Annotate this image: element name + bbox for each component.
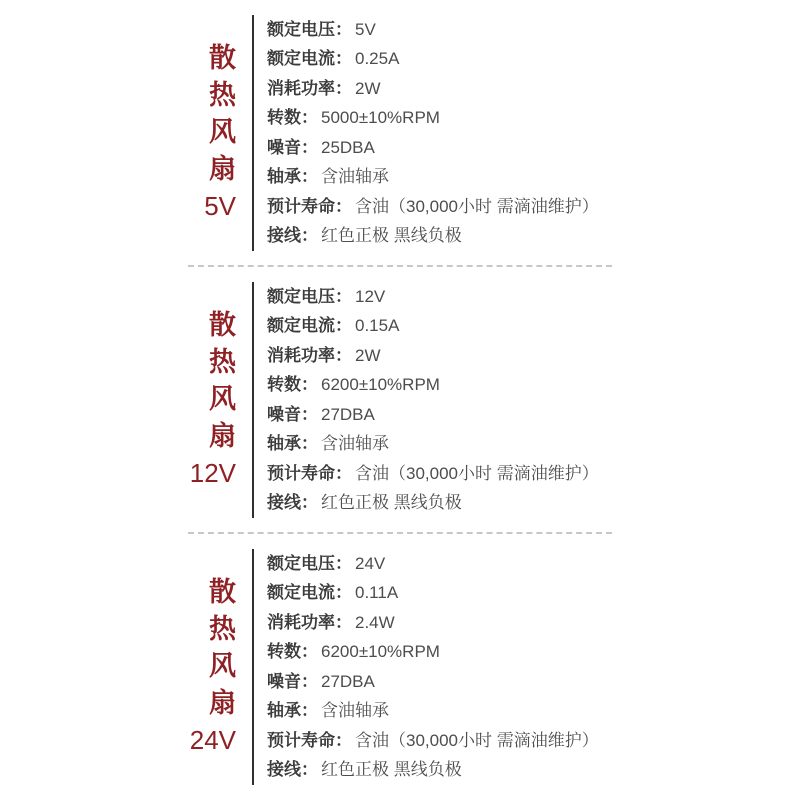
spec-label: 预计寿命： [267, 731, 352, 750]
spec-row: 预计寿命：含油（30,000小时 需滴油维护） [267, 459, 599, 489]
spec-label: 消耗功率： [267, 79, 352, 98]
spec-row: 额定电流：0.11A [267, 578, 599, 608]
spec-row: 转数：6200±10%RPM [267, 637, 599, 667]
spec-row: 噪音：27DBA [267, 400, 599, 430]
label-char: 风 [209, 381, 236, 418]
spec-value: 含油（30,000小时 需滴油维护） [355, 197, 599, 216]
spec-value: 27DBA [321, 405, 375, 424]
spec-row: 消耗功率：2W [267, 341, 599, 371]
spec-value: 6200±10%RPM [321, 375, 440, 394]
spec-list-24v: 额定电压：24V 额定电流：0.11A 消耗功率：2.4W 转数：6200±10… [252, 549, 599, 785]
label-char: 热 [209, 344, 236, 381]
spec-row: 消耗功率：2.4W [267, 608, 599, 638]
spec-label: 额定电压： [267, 20, 352, 39]
spec-value: 24V [355, 554, 385, 573]
spec-value: 0.25A [355, 49, 399, 68]
spec-row: 轴承：含油轴承 [267, 162, 599, 192]
spec-value: 5V [355, 20, 376, 39]
spec-value: 0.11A [355, 583, 398, 602]
spec-row: 轴承：含油轴承 [267, 696, 599, 726]
spec-label: 预计寿命： [267, 464, 352, 483]
spec-row: 接线：红色正极 黑线负极 [267, 755, 599, 785]
spec-list-12v: 额定电压：12V 额定电流：0.15A 消耗功率：2W 转数：6200±10%R… [252, 282, 599, 518]
spec-section-24v: 散 热 风 扇 24V 额定电压：24V 额定电流：0.11A 消耗功率：2.4… [0, 534, 800, 799]
spec-row: 额定电流：0.25A [267, 44, 599, 74]
spec-row: 额定电流：0.15A [267, 311, 599, 341]
spec-row: 接线：红色正极 黑线负极 [267, 221, 599, 251]
spec-label: 额定电压： [267, 287, 352, 306]
spec-label: 噪音： [267, 138, 318, 157]
label-char: 散 [209, 307, 236, 344]
label-char: 扇 [209, 418, 236, 455]
spec-label: 轴承： [267, 434, 318, 453]
spec-label: 额定电流： [267, 316, 352, 335]
spec-value: 红色正极 黑线负极 [321, 493, 462, 512]
spec-value: 含油轴承 [321, 701, 389, 720]
label-char: 散 [209, 40, 236, 77]
spec-label: 转数： [267, 642, 318, 661]
spec-label: 轴承： [267, 701, 318, 720]
spec-value: 红色正极 黑线负极 [321, 760, 462, 779]
spec-value: 25DBA [321, 138, 375, 157]
spec-value: 含油（30,000小时 需滴油维护） [355, 464, 599, 483]
spec-label: 轴承： [267, 167, 318, 186]
label-char: 风 [209, 648, 236, 685]
spec-row: 噪音：27DBA [267, 667, 599, 697]
spec-row: 噪音：25DBA [267, 133, 599, 163]
label-char: 散 [209, 574, 236, 611]
product-label-5v: 散 热 风 扇 5V [0, 0, 252, 265]
spec-label: 额定电压： [267, 554, 352, 573]
spec-row: 额定电压：12V [267, 282, 599, 312]
spec-row: 额定电压：24V [267, 549, 599, 579]
spec-row: 预计寿命：含油（30,000小时 需滴油维护） [267, 192, 599, 222]
product-label-24v: 散 热 风 扇 24V [0, 534, 252, 799]
label-char: 热 [209, 611, 236, 648]
label-char: 热 [209, 77, 236, 114]
spec-label: 接线： [267, 760, 318, 779]
spec-value: 含油轴承 [321, 167, 389, 186]
spec-value: 12V [355, 287, 385, 306]
spec-label: 消耗功率： [267, 346, 352, 365]
spec-label: 噪音： [267, 405, 318, 424]
spec-value: 2W [355, 79, 381, 98]
spec-row: 预计寿命：含油（30,000小时 需滴油维护） [267, 726, 599, 756]
spec-label: 额定电流： [267, 49, 352, 68]
spec-row: 轴承：含油轴承 [267, 429, 599, 459]
spec-value: 红色正极 黑线负极 [321, 226, 462, 245]
spec-section-12v: 散 热 风 扇 12V 额定电压：12V 额定电流：0.15A 消耗功率：2W … [0, 267, 800, 532]
label-char: 风 [209, 114, 236, 151]
spec-sheet-page: 散 热 风 扇 5V 额定电压：5V 额定电流：0.25A 消耗功率：2W 转数… [0, 0, 800, 800]
spec-row: 接线：红色正极 黑线负极 [267, 488, 599, 518]
spec-label: 接线： [267, 226, 318, 245]
label-char: 扇 [209, 685, 236, 722]
spec-row: 转数：6200±10%RPM [267, 370, 599, 400]
label-char: 扇 [209, 151, 236, 188]
spec-value: 含油（30,000小时 需滴油维护） [355, 731, 599, 750]
spec-section-5v: 散 热 风 扇 5V 额定电压：5V 额定电流：0.25A 消耗功率：2W 转数… [0, 0, 800, 265]
spec-row: 消耗功率：2W [267, 74, 599, 104]
spec-label: 接线： [267, 493, 318, 512]
spec-row: 转数：5000±10%RPM [267, 103, 599, 133]
spec-label: 预计寿命： [267, 197, 352, 216]
spec-label: 额定电流： [267, 583, 352, 602]
spec-value: 27DBA [321, 672, 375, 691]
spec-label: 噪音： [267, 672, 318, 691]
spec-value: 2.4W [355, 613, 395, 632]
spec-label: 消耗功率： [267, 613, 352, 632]
spec-list-5v: 额定电压：5V 额定电流：0.25A 消耗功率：2W 转数：5000±10%RP… [252, 15, 599, 251]
spec-label: 转数： [267, 375, 318, 394]
spec-row: 额定电压：5V [267, 15, 599, 45]
voltage-label: 24V [190, 722, 236, 759]
spec-value: 2W [355, 346, 381, 365]
spec-value: 0.15A [355, 316, 399, 335]
voltage-label: 12V [190, 455, 236, 492]
spec-label: 转数： [267, 108, 318, 127]
spec-value: 5000±10%RPM [321, 108, 440, 127]
spec-value: 含油轴承 [321, 434, 389, 453]
product-label-12v: 散 热 风 扇 12V [0, 267, 252, 532]
spec-value: 6200±10%RPM [321, 642, 440, 661]
voltage-label: 5V [204, 188, 236, 225]
